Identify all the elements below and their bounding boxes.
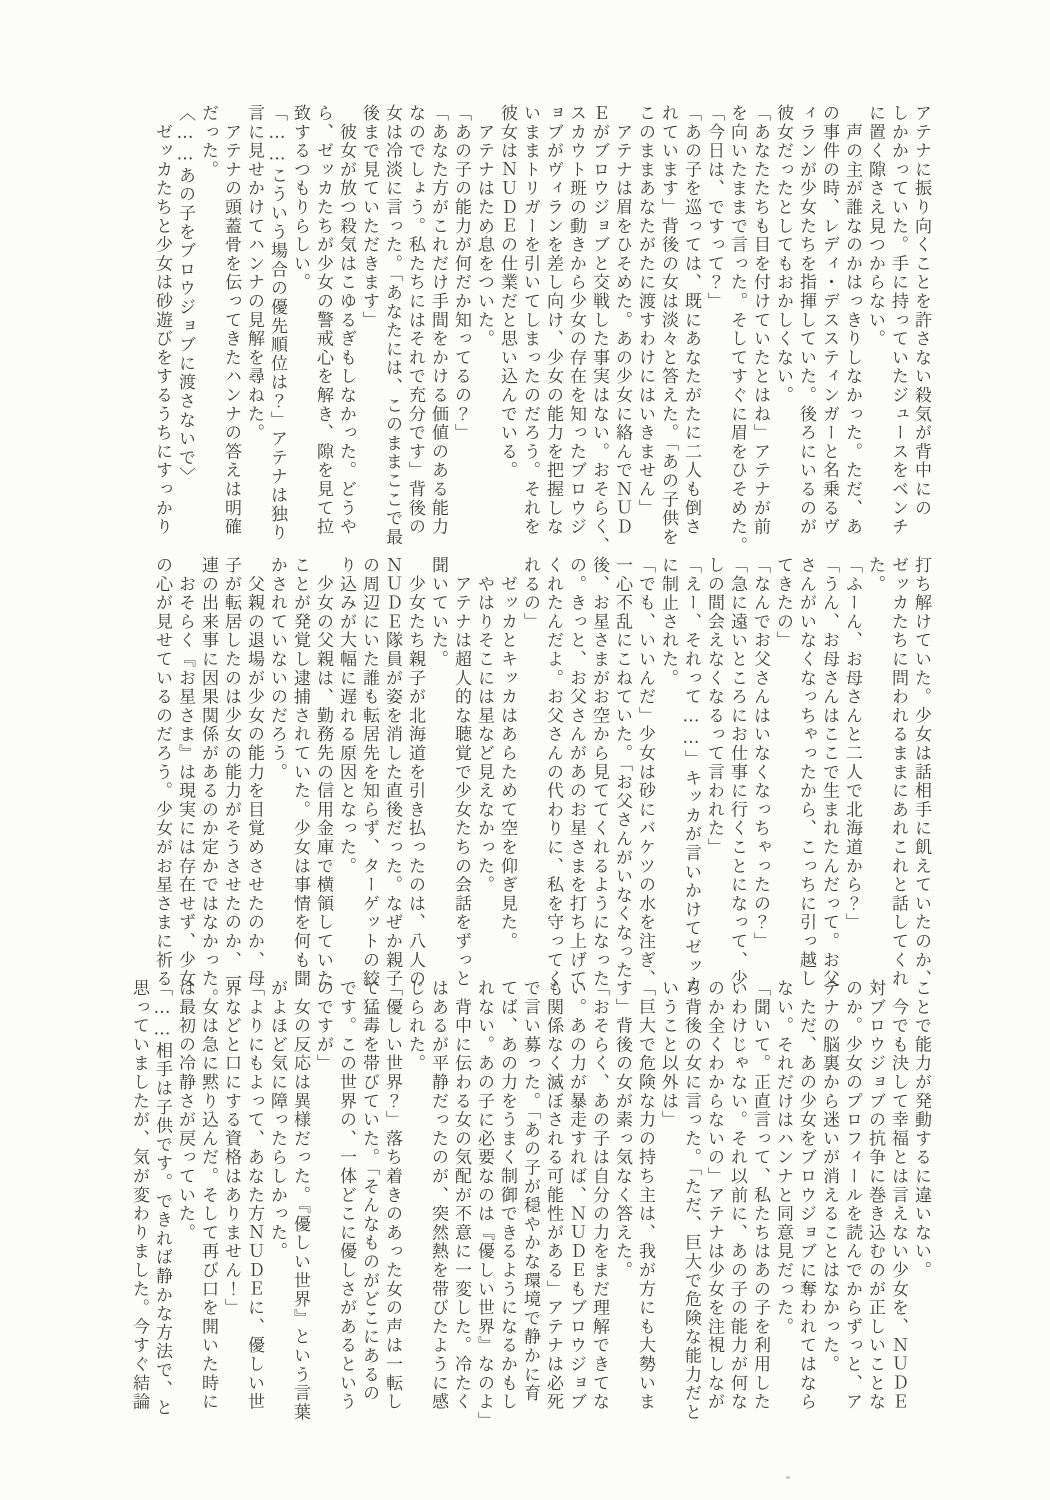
text-column: で言い募った。「あの子が穏やかな環境で静かに育 (518, 979, 541, 1430)
text-column: 少女の父親は、勤務先の信用金庫で横領していた (311, 556, 334, 1007)
text-column: 「……こういう場合の優先順位は？」アテナは独り (265, 104, 288, 555)
text-column: 少女たち親子が北海道を引き払ったのは、八人の (403, 556, 426, 1007)
text-column: 「あの子の能力が何だか知ってるの？」 (449, 104, 472, 555)
text-column: しかかっていた。手に持っていたジュースをベンチ (886, 104, 909, 555)
text-column: 「ふーん、お母さんと二人で北海道から？」 (840, 556, 863, 1007)
text-column: ョブがヴィランを差し向け、少女の能力を把握しな (541, 104, 564, 555)
text-column: 「巨大で危険な力の持ち主は、我が方にも大勢いま (633, 979, 656, 1430)
text-column: れない。あの子に必要なのは『優しい世界』なのよ」 (472, 979, 495, 1430)
text-column: アテナに振り向くことを許さない殺気が背中にの (909, 104, 932, 555)
text-column: れるの」 (518, 556, 541, 1007)
text-column: てば、あの力をうまく制御できるようになるかもし (495, 979, 518, 1430)
text-block-top: アテナに振り向くことを許さない殺気が背中にのしかかっていた。手に持っていたジュー… (150, 104, 932, 555)
text-column: ら背後の女に言った。「ただ、巨大で危険な能力だと (679, 979, 702, 1430)
text-column: 聞いていた。 (426, 556, 449, 1007)
scan-speck (786, 1476, 790, 1479)
text-column: 「聞いて。正直言って、私たちはあの子を利用した (748, 979, 771, 1430)
text-column: アテナは超人的な聴覚で少女たちの会話をずっと (449, 556, 472, 1007)
text-column: 連の出来事に因果関係があるのか定かではなかった。 (196, 556, 219, 1007)
text-column: 女の反応は異様だった。『優しい世界』という言葉 (288, 979, 311, 1430)
text-column: も関係なく滅ぼされる可能性がある」アテナは必死 (541, 979, 564, 1430)
text-column: の心が見せているのだろう。少女がお星さまに祈る (150, 556, 173, 1007)
text-column: 「あなたたちも目を付けていたとはね」アテナが前 (748, 104, 771, 555)
text-column: いうこと以外は」 (656, 979, 679, 1430)
text-column: い。あの力が暴走すれば、ＮＵＤＥもブロウジョブ (564, 979, 587, 1430)
text-column: のですが」 (311, 979, 334, 1430)
text-column: す」背後の女が素っ気なく答えた。 (610, 979, 633, 1430)
text-column: 「急に遠いところにお仕事に行くことになって、少 (725, 556, 748, 1007)
text-column: た。 (863, 556, 886, 1007)
text-column: テナの脳裏から迷いが消えることはなかった。 (817, 979, 840, 1430)
text-column: 後、お星さまがお空から見ててくれるようになった (587, 556, 610, 1007)
text-column: ただ、あの少女をブロウジョブに奪われてはなら (794, 979, 817, 1430)
text-column: 女は冷淡に言った。「あなたには、このままここで最 (380, 104, 403, 555)
text-column: 「おそらく、あの子は自分の力をまだ理解できてな (587, 979, 610, 1430)
text-column: なのでしょう。私たちにはそれで充分です」背後の (403, 104, 426, 555)
text-column: ゼッカとキッカはあらためて空を仰ぎ見た。 (495, 556, 518, 1007)
text-column: 「あの子を巡っては、既にあなたがたに二人も倒さ (679, 104, 702, 555)
text-column: 彼女はＮＵＤＥの仕業だと思い込んでいる。 (495, 104, 518, 555)
text-column: ィランが少女たちを指揮していた。後ろにいるのが (794, 104, 817, 555)
text-column: 界などと口にする資格はありません！」 (219, 979, 242, 1430)
text-column: 今でも決して幸福とは言えない少女を、ＮＵＤＥ (886, 979, 909, 1430)
text-column: ゼッカたちに問われるままにあれこれと話してくれ (886, 556, 909, 1007)
text-column: かされていないのだろう。 (265, 556, 288, 1007)
text-block-bottom: ことで能力が発動するに違いない。 今でも決して幸福とは言えない少女を、ＮＵＤＥ対… (127, 979, 932, 1430)
text-column: 「よりにもよって、あなた方ＮＵＤＥに、優しい世 (242, 979, 265, 1430)
text-column: 「あなた方がこれだけ手間をかける価値のある能力 (426, 104, 449, 555)
text-column: ことが発覚し逮捕されていた。少女は事情を何も聞 (288, 556, 311, 1007)
text-column: アテナの頭蓋骨を伝ってきたハンナの答えは明確 (219, 104, 242, 555)
text-column: 言に見せかけてハンナの見解を尋ねた。 (242, 104, 265, 555)
text-column: くれたんだよ。お父さんの代わりに、私を守ってく (541, 556, 564, 1007)
text-column: 「優しい世界？」落ち着きのあった女の声は一転し (380, 979, 403, 1430)
text-column: 「えー、それって……」キッカが言いかけてゼッカ (679, 556, 702, 1007)
text-column: 子が転居したのは少女の能力がそうさせたのか、一 (219, 556, 242, 1007)
text-column: 後まで見ていただきます」 (357, 104, 380, 555)
text-column: 女は急に黙り込んだ。そして再び口を開いた時に (196, 979, 219, 1430)
text-column: 対ブロウジョブの抗争に巻き込むのが正しいことな (863, 979, 886, 1430)
text-column: ことで能力が発動するに違いない。 (909, 979, 932, 1430)
text-column: 「今日は、ですって？」 (702, 104, 725, 555)
text-column: Ｅがブロウジョブと交戦した事実はない。おそらく、 (587, 104, 610, 555)
text-column: がよほど気に障ったらしかった。 (265, 979, 288, 1430)
text-column: アテナはため息をついた。 (472, 104, 495, 555)
text-column: このままあなたがたに渡すわけにはいきません」 (633, 104, 656, 555)
text-column: れています」背後の女は淡々と答えた。「あの子供を (656, 104, 679, 555)
text-column: だった。 (196, 104, 219, 555)
text-column: 声の主が誰なのかはっきりしなかった。ただ、あ (840, 104, 863, 555)
text-column: 思っていましたが、気が変わりました。今すぐ結論 (127, 979, 150, 1430)
text-column: てきたの」 (771, 556, 794, 1007)
text-column: 「なんでお父さんはいなくなっちゃったの？」 (748, 556, 771, 1007)
text-column: 致するつもりらしい。 (288, 104, 311, 555)
text-column: は最初の冷静さが戻っていた。 (173, 979, 196, 1430)
text-column: いわけじゃない。それ以前に、あの子の能力が何な (725, 979, 748, 1430)
text-column: 「……相手は子供です。できれば静かな方法で、と (150, 979, 173, 1430)
text-column: アテナは眉をひそめた。あの少女に絡んでＮＵＤ (610, 104, 633, 555)
text-column: の周辺にいた誰も転居先を知らず、ターゲットの絞 (357, 556, 380, 1007)
text-column: を向いたままで言った。そしてすぐに眉をひそめた。 (725, 104, 748, 555)
text-block-middle: 打ち解けていた。少女は話相手に飢えていたのか、ゼッカたちに問われるままにあれこれ… (150, 556, 932, 1007)
text-column: のか。少女のプロフィールを読んでからずっと、ア (840, 979, 863, 1430)
text-column: ない。それだけはハンナと同意見だった。 (771, 979, 794, 1430)
text-column: 背中に伝わる女の気配が不意に一変した。冷たく (449, 979, 472, 1430)
text-column: 打ち解けていた。少女は話相手に飢えていたのか、 (909, 556, 932, 1007)
text-column: 「でも、いいんだ」少女は砂にバケツの水を注ぎ、 (633, 556, 656, 1007)
text-column: の。きっと、お父さんがあのお星さまを打ち上げて (564, 556, 587, 1007)
text-column: じられた。 (403, 979, 426, 1430)
text-column: 彼女だったとしてもおかしくない。 (771, 104, 794, 555)
scanned-page: アテナに振り向くことを許さない殺気が背中にのしかかっていた。手に持っていたジュー… (0, 0, 1050, 1500)
text-column: に制止された。 (656, 556, 679, 1007)
text-column: のか全くわからないの」アテナは少女を注視しなが (702, 979, 725, 1430)
text-column: ゼッカたちと少女は砂遊びをするうちにすっかり (150, 104, 173, 555)
text-column: 〈……あの子をブロウジョブに渡さないで〉 (173, 104, 196, 555)
text-column: いままトリガーを引いてしまったのだろう。それを (518, 104, 541, 555)
text-column: スカウト班の動きから少女の存在を知ったブロウジ (564, 104, 587, 555)
text-column: 一心不乱にこねていた。「お父さんがいなくなった (610, 556, 633, 1007)
text-column: ＮＵＤＥ隊員が姿を消した直後だった。なぜか親子 (380, 556, 403, 1007)
text-column: の事件の時、レディ・デススティンガーと名乗るヴ (817, 104, 840, 555)
text-column: 父親の退場が少女の能力を目覚めさせたのか、母 (242, 556, 265, 1007)
text-column: 「うん、お母さんはここで生まれたんだって。お父 (817, 556, 840, 1007)
text-column: に置く隙さえ見つからない。 (863, 104, 886, 555)
text-column: 彼女が放つ殺気はこゆるぎもしなかった。どうや (334, 104, 357, 555)
text-column: です。この世界の、一体どこに優しさがあるという (334, 979, 357, 1430)
text-column: おそらく『お星さま』は現実には存在せず、少女 (173, 556, 196, 1007)
text-column: はあるが平静だったのが、突然熱を帯びたように感 (426, 979, 449, 1430)
text-column: さんがいなくなっちゃったから、こっちに引っ越し (794, 556, 817, 1007)
text-column: しの間会えなくなるって言われた」 (702, 556, 725, 1007)
text-column: やはりそこには星など見えなかった。 (472, 556, 495, 1007)
text-column: て猛毒を帯びていた。「そんなものがどこにあるの (357, 979, 380, 1430)
text-column: ら、ゼッカたちが少女の警戒心を解き、隙を見て拉 (311, 104, 334, 555)
text-column: り込みが大幅に遅れる原因となった。 (334, 556, 357, 1007)
